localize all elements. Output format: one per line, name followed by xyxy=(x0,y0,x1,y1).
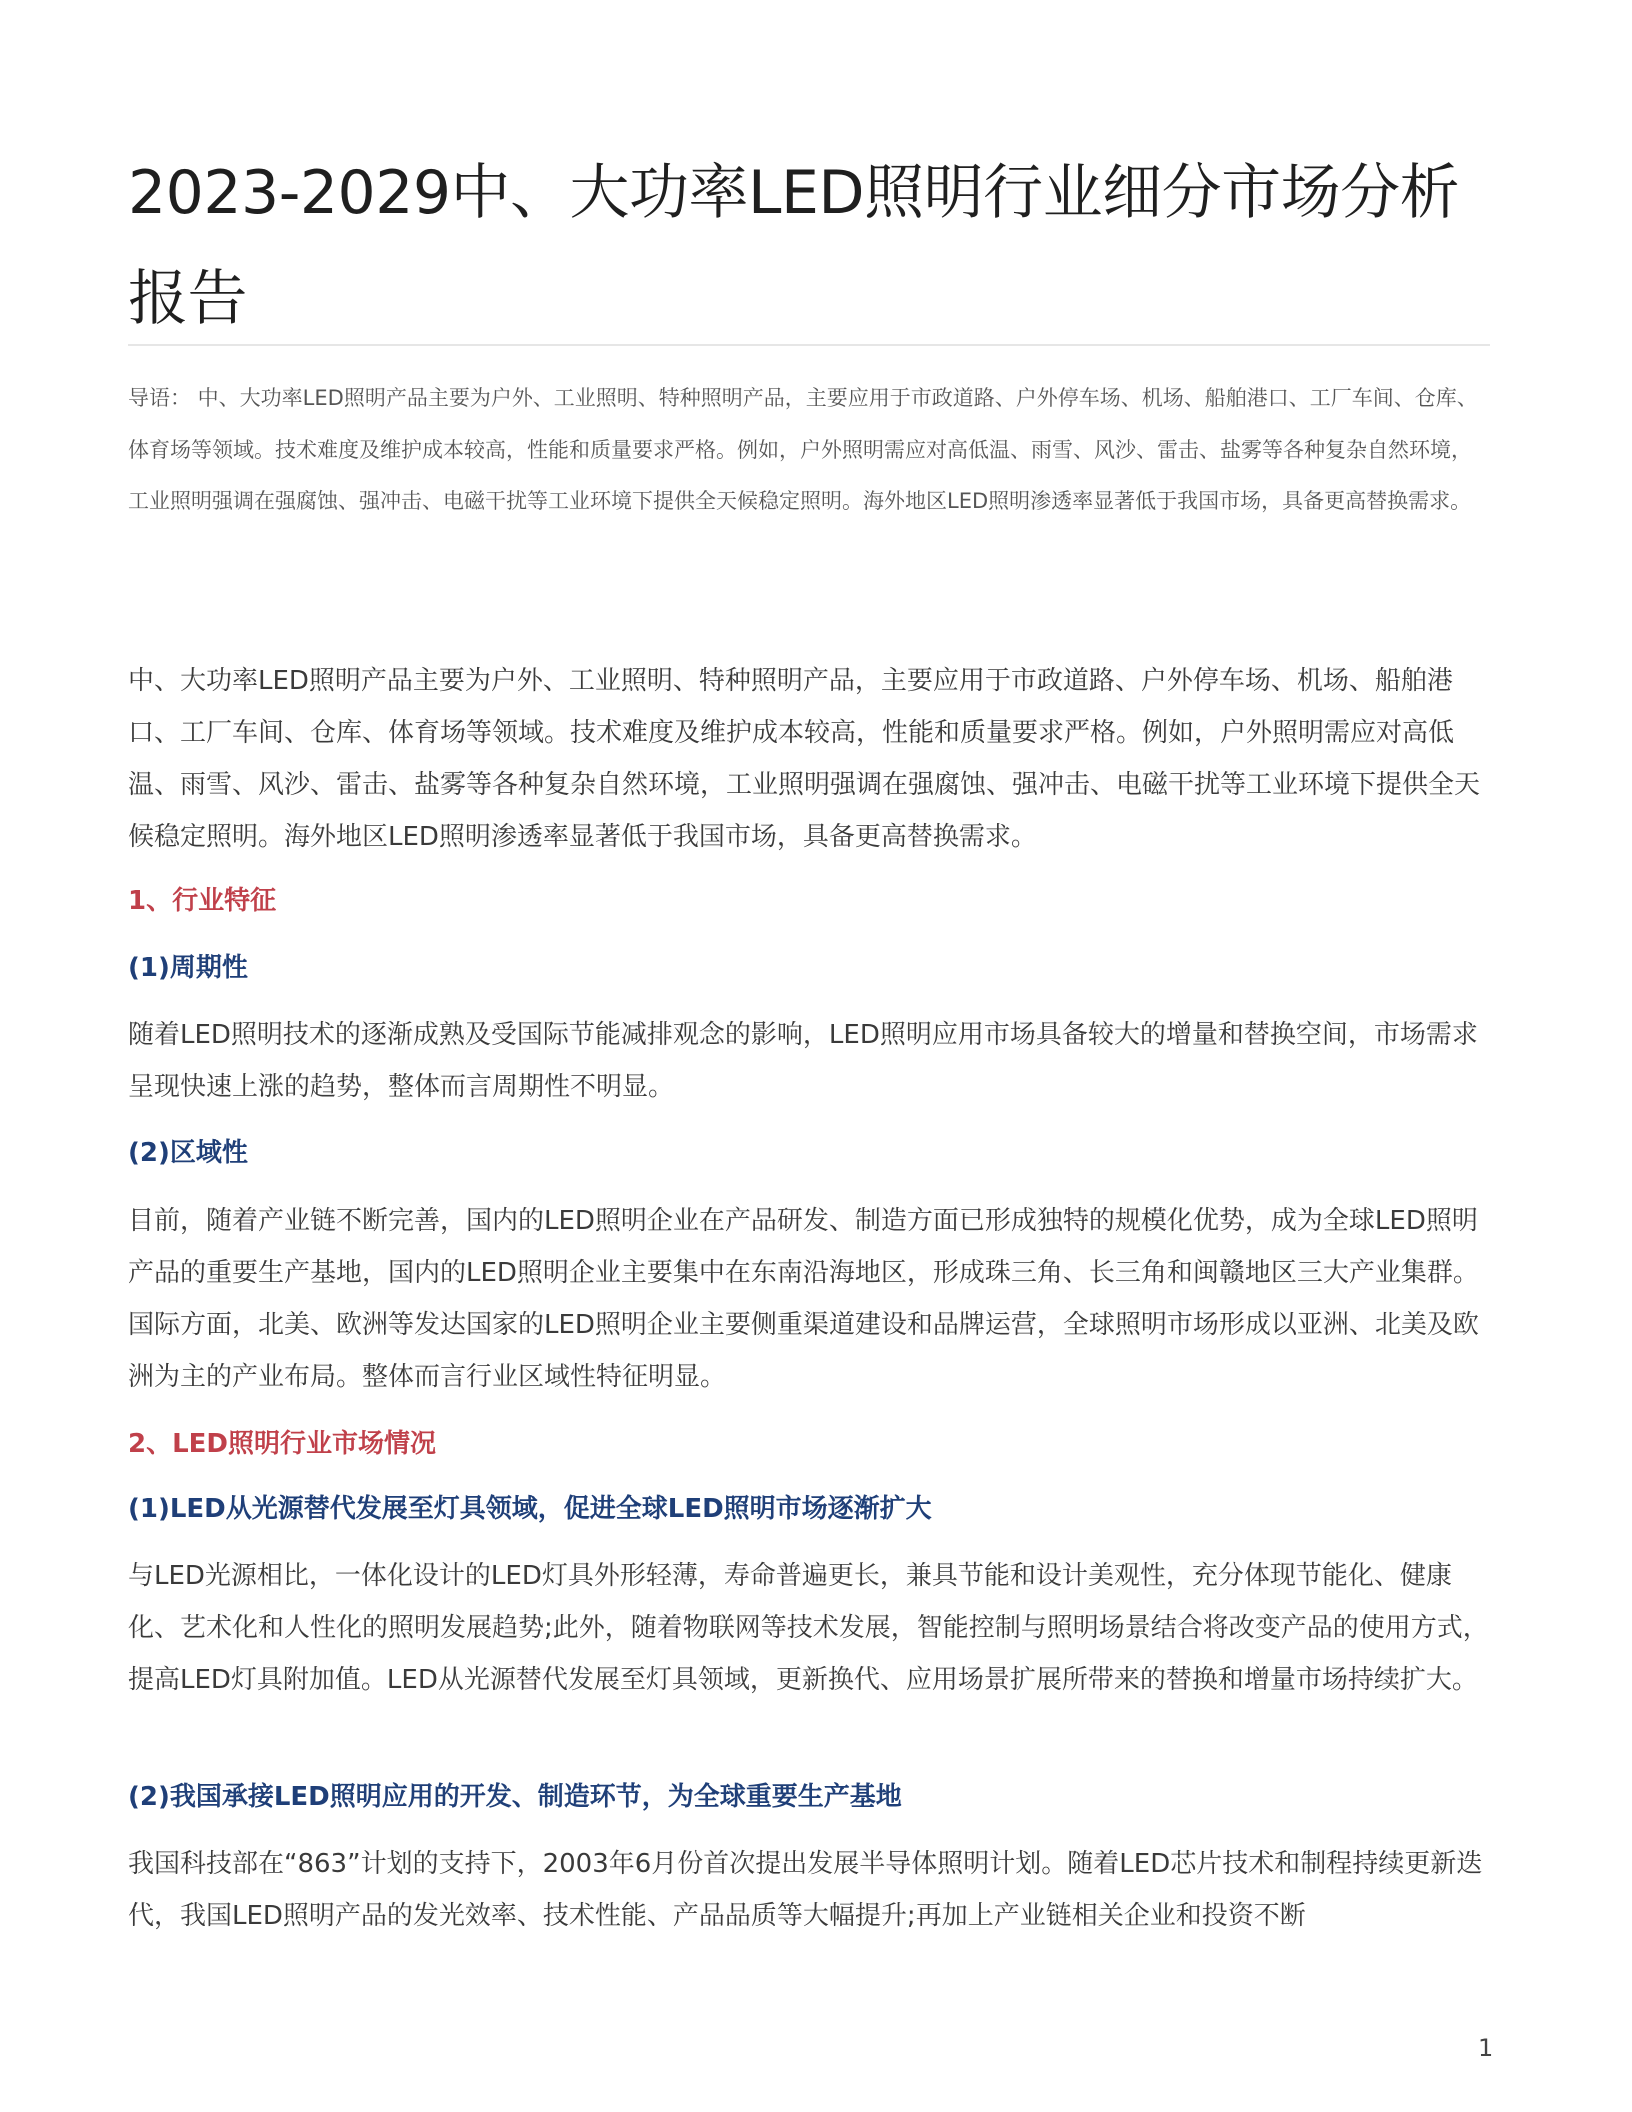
page-number: 1 xyxy=(1478,2034,1493,2062)
paragraph-led-expansion: 与LED光源相比，一体化设计的LED灯具外形轻薄，寿命普遍更长，兼具节能和设计美… xyxy=(128,1550,1490,1706)
document-title: 2023-2029中、大功率LED照明行业细分市场分析报告 xyxy=(128,140,1490,352)
section-heading-market-situation: 2、LED照明行业市场情况 xyxy=(128,1424,1490,1464)
paragraph-china-production-base: 我国科技部在“863”计划的支持下，2003年6月份首次提出发展半导体照明计划。… xyxy=(128,1838,1490,1942)
paragraph-cyclicality: 随着LED照明技术的逐渐成熟及受国际节能减排观念的影响，LED照明应用市场具备较… xyxy=(128,1009,1490,1113)
section-heading-industry-features: 1、行业特征 xyxy=(128,881,1490,921)
paragraph-overview: 中、大功率LED照明产品主要为户外、工业照明、特种照明产品，主要应用于市政道路、… xyxy=(128,655,1490,863)
paragraph-regionality: 目前，随着产业链不断完善，国内的LED照明企业在产品研发、制造方面已形成独特的规… xyxy=(128,1195,1490,1403)
subsection-heading-led-expansion: (1)LED从光源替代发展至灯具领域，促进全球LED照明市场逐渐扩大 xyxy=(128,1489,1490,1529)
subsection-heading-china-production-base: (2)我国承接LED照明应用的开发、制造环节，为全球重要生产基地 xyxy=(128,1777,1490,1817)
subsection-heading-cyclicality: (1)周期性 xyxy=(128,948,1490,988)
intro-summary: 导语： 中、大功率LED照明产品主要为户外、工业照明、特种照明产品，主要应用于市… xyxy=(128,373,1490,528)
title-divider xyxy=(128,344,1490,346)
subsection-heading-regionality: (2)区域性 xyxy=(128,1133,1490,1173)
